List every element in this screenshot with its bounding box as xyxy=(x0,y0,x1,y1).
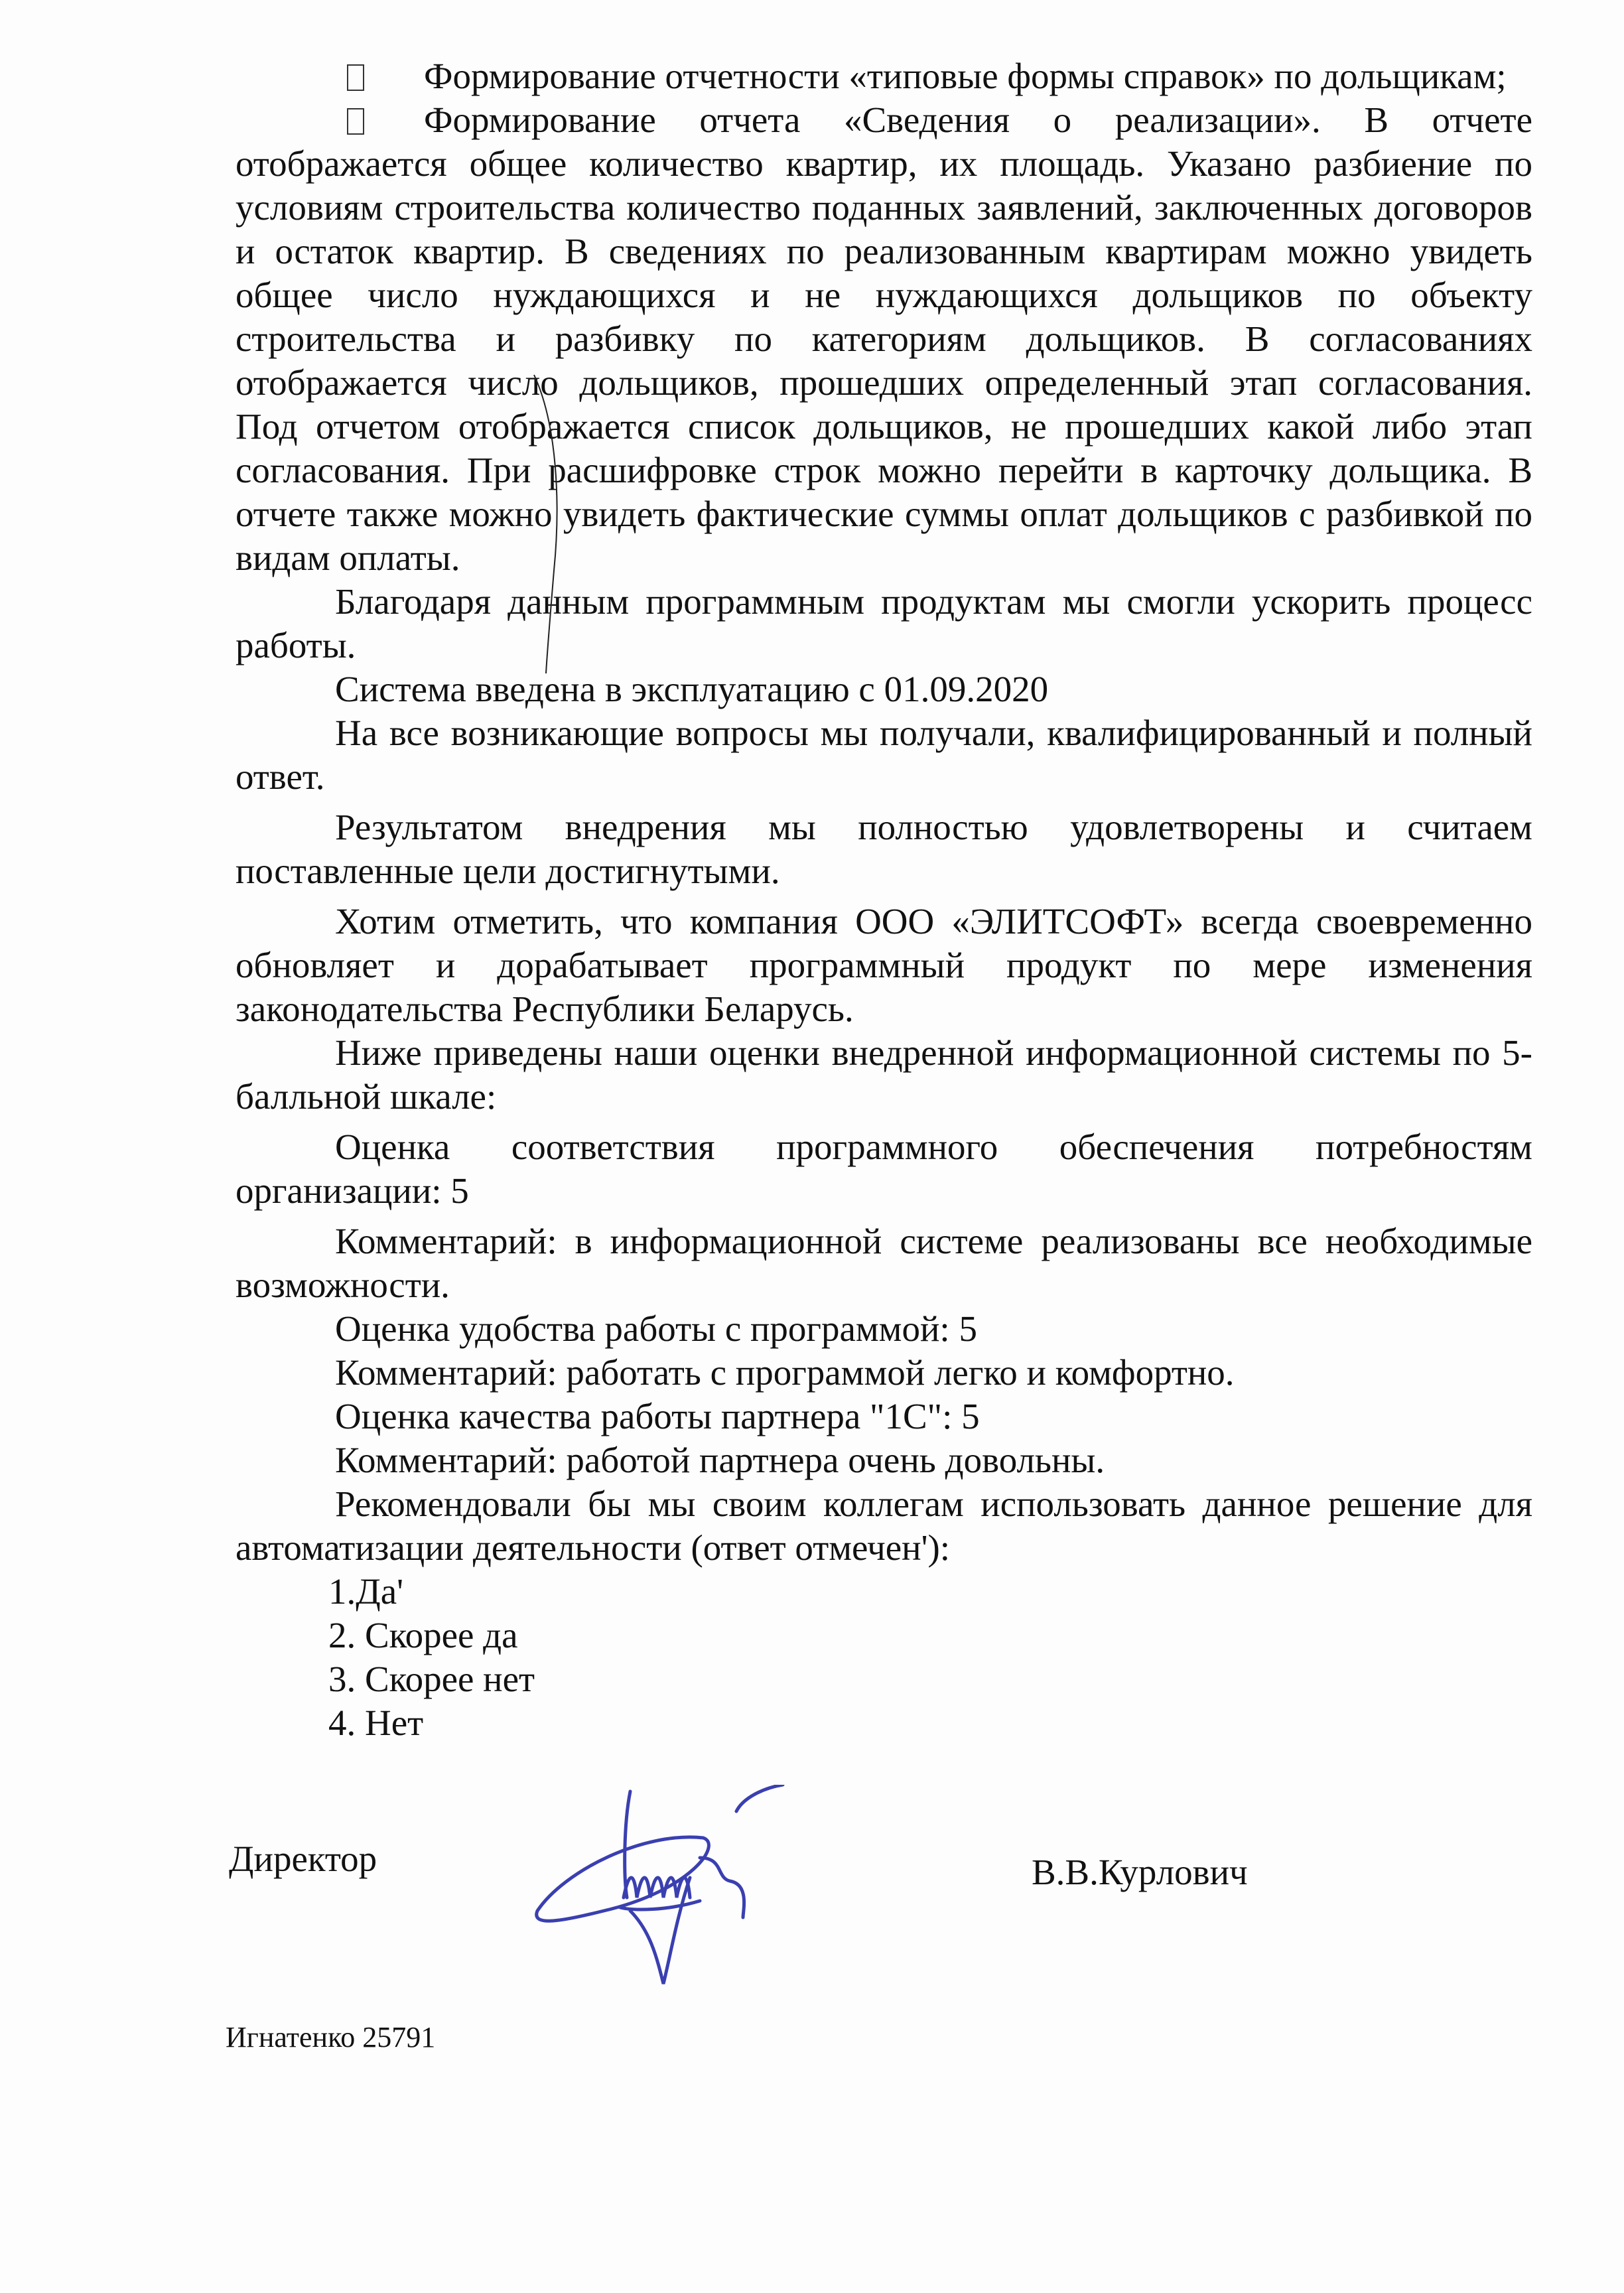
handwritten-signature-icon xyxy=(524,1785,882,1997)
paragraph-speedup: Благодаря данным программным продуктам м… xyxy=(236,580,1532,667)
paragraph-ratings-intro: Ниже приведены наши оценки внедренной ин… xyxy=(236,1031,1532,1119)
document-page: Формирование отчетности «типовые формы с… xyxy=(0,0,1624,2293)
paragraph-elitsoft: Хотим отметить, что компания ООО «ЭЛИТСО… xyxy=(236,900,1532,1031)
bullet-text: Формирование отчета «Сведения о реализац… xyxy=(236,100,1532,578)
recommend-option-yes: 1.Да' xyxy=(236,1570,1532,1614)
bullet-item: Формирование отчета «Сведения о реализац… xyxy=(236,98,1532,580)
recommend-option-rather-no: 3. Скорее нет xyxy=(236,1657,1532,1701)
comment-usability: Комментарий: работать с программой легко… xyxy=(236,1351,1532,1395)
rating-partner: Оценка качества работы партнера "1С": 5 xyxy=(236,1395,1532,1438)
recommend-option-rather-yes: 2. Скорее да xyxy=(236,1614,1532,1657)
checkbox-square-icon xyxy=(347,64,364,91)
executor-note: Игнатенко 25791 xyxy=(226,2020,435,2054)
rating-fit: Оценка соответствия программного обеспеч… xyxy=(236,1125,1532,1213)
document-body: Формирование отчетности «типовые формы с… xyxy=(236,54,1532,1745)
rating-usability: Оценка удобства работы с программой: 5 xyxy=(236,1307,1532,1351)
recommend-option-no: 4. Нет xyxy=(236,1701,1532,1745)
checkbox-square-icon xyxy=(347,108,364,135)
recommend-question: Рекомендовали бы мы своим коллегам испол… xyxy=(236,1482,1532,1570)
paragraph-result: Результатом внедрения мы полностью удовл… xyxy=(236,805,1532,893)
pen-mark-icon xyxy=(527,372,567,677)
bullet-item: Формирование отчетности «типовые формы с… xyxy=(236,54,1532,98)
comment-fit: Комментарий: в информационной системе ре… xyxy=(236,1219,1532,1307)
signer-name: В.В.Курлович xyxy=(1032,1851,1248,1893)
paragraph-in-operation: Система введена в эксплуатацию с 01.09.2… xyxy=(236,667,1532,711)
signer-position: Директор xyxy=(229,1838,377,1880)
paragraph-answers: На все возникающие вопросы мы получали, … xyxy=(236,711,1532,799)
bullet-text: Формирование отчетности «типовые формы с… xyxy=(424,56,1507,96)
comment-partner: Комментарий: работой партнера очень дово… xyxy=(236,1438,1532,1482)
